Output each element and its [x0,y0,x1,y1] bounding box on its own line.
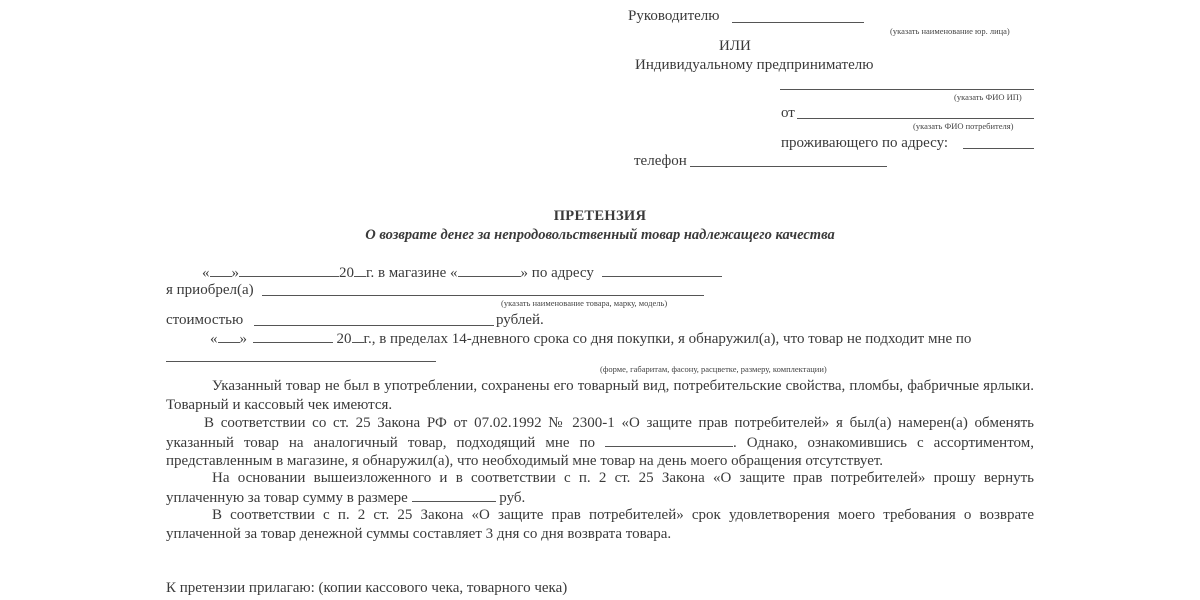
document-subtitle: О возврате денег за непродовольственный … [0,226,1200,244]
date-close-quote-2: » [240,331,248,347]
discovery-year-field[interactable] [352,329,364,343]
year-prefix: 20 [339,265,354,281]
refund-amount-field[interactable] [412,488,496,502]
item-name-field[interactable] [262,295,704,296]
currency-label: рублей. [496,311,544,329]
address-label: проживающего по адресу: [781,134,948,152]
paragraph-refund-a: На основании вышеизложенного и в соответ… [166,470,1034,506]
consumer-name-field[interactable] [797,118,1034,119]
from-label: от [781,104,795,122]
cost-field[interactable] [254,325,494,326]
entrepreneur-hint: (указать ФИО ИП) [954,92,1022,102]
phone-label: телефон [634,152,687,170]
item-hint: (указать наименование товара, марку, мод… [501,298,667,308]
store-text: г. в магазине « [366,265,458,281]
consumer-hint: (указать ФИО потребителя) [913,121,1013,131]
address-field[interactable] [963,148,1034,149]
entrepreneur-label: Индивидуальному предпринимателю [635,56,873,74]
date-open-quote-2: « [210,331,218,347]
exchange-reason-field[interactable] [605,433,733,447]
purchase-day-field[interactable] [210,263,232,277]
date-close-quote: » [232,265,240,281]
paragraph-refund-b: руб. [499,490,525,506]
recipient-hint: (указать наименование юр. лица) [890,26,1010,36]
phone-field[interactable] [690,166,887,167]
discovery-line: «» 20г., в пределах 14-дневного срока со… [210,329,971,348]
bought-label: я приобрел(а) [166,281,254,299]
purchase-month-field[interactable] [239,263,339,277]
reason-field[interactable] [166,361,436,362]
cost-label: стоимостью [166,311,243,329]
year-prefix-2: 20 [337,331,352,347]
reason-hint: (форме, габаритам, фасону, расцветке, ра… [600,364,827,374]
recipient-name-field[interactable] [732,22,864,23]
document-title: ПРЕТЕНЗИЯ [0,207,1200,225]
or-label: ИЛИ [719,37,751,55]
attachments-text: К претензии прилагаю: (копии кассового ч… [166,579,567,597]
discovery-day-field[interactable] [218,329,240,343]
purchase-date-line: «»20г. в магазине «» по адресу [202,263,722,282]
discovery-text: г., в пределах 14-дневного срока со дня … [364,331,972,347]
store-address-field[interactable] [602,263,722,277]
purchase-year-field[interactable] [354,263,366,277]
paragraph-deadline: В соответствии с п. 2 ст. 25 Закона «О з… [166,506,1034,543]
entrepreneur-name-field[interactable] [780,89,1034,90]
store-name-field[interactable] [458,263,521,277]
date-open-quote: « [202,265,210,281]
address-text: » по адресу [521,265,594,281]
recipient-label: Руководителю [628,7,719,25]
paragraph-condition: Указанный товар не был в употреблении, с… [166,377,1034,414]
paragraph-exchange: В соответствии со ст. 25 Закона РФ от 07… [166,414,1034,471]
paragraph-refund: На основании вышеизложенного и в соответ… [166,469,1034,507]
discovery-month-field[interactable] [253,329,333,343]
